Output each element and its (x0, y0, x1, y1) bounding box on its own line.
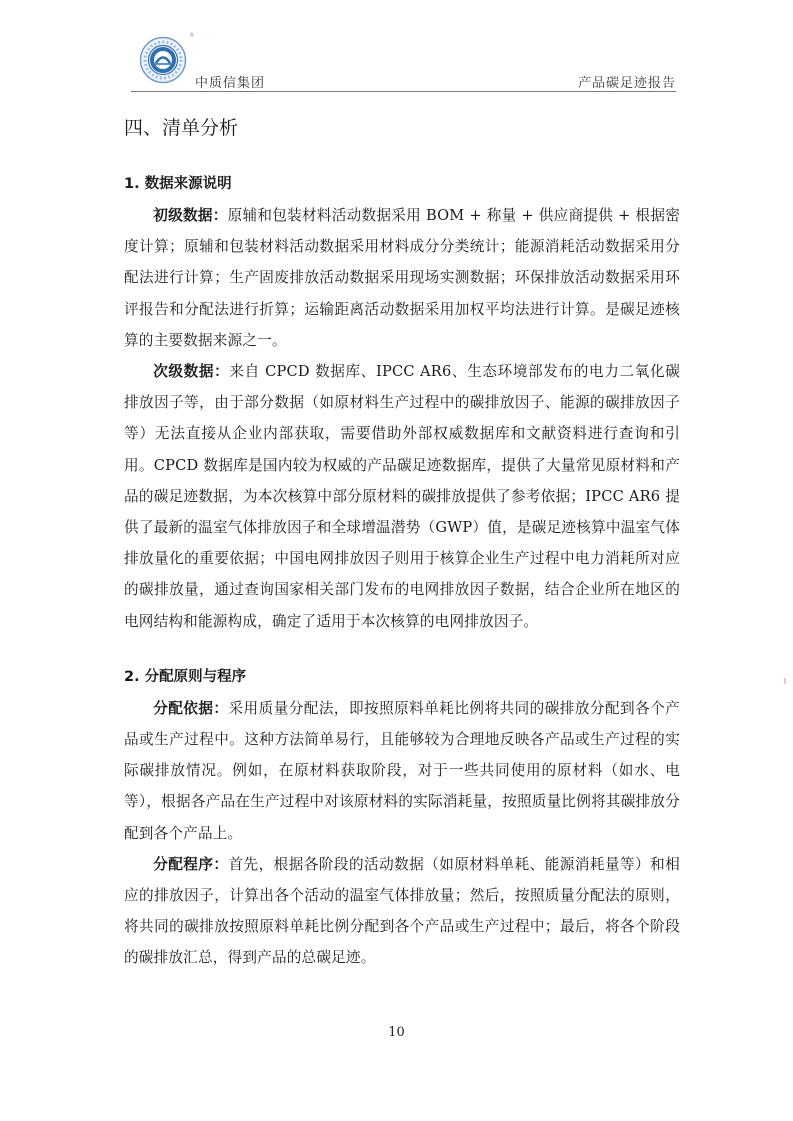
paragraph-lead: 分配依据： (153, 700, 228, 717)
paragraph-secondary-data: 次级数据：来自 CPCD 数据库、IPCC AR6、生态环境部发布的电力二氧化碳… (124, 356, 680, 637)
paragraph-allocation-basis: 分配依据：采用质量分配法，即按照原料单耗比例将共同的碳排放分配到各个产品或生产过… (124, 693, 680, 849)
paragraph-lead: 初级数据： (153, 207, 227, 224)
section-title-data-sources: 1. 数据来源说明 (124, 168, 680, 200)
paragraph-primary-data: 初级数据：原辅和包装材料活动数据采用 BOM + 称量 + 供应商提供 + 根据… (124, 200, 680, 356)
paragraph-text: 来自 CPCD 数据库、IPCC AR6、生态环境部发布的电力二氧化碳排放因子等… (124, 363, 680, 630)
scan-mark (784, 678, 786, 684)
organization-name: 中质信集团 (195, 72, 265, 91)
paragraph-text: 原辅和包装材料活动数据采用 BOM + 称量 + 供应商提供 + 根据密度计算；… (124, 207, 680, 349)
page-body: 四、清单分析 1. 数据来源说明 初级数据：原辅和包装材料活动数据采用 BOM … (124, 108, 680, 974)
chapter-title: 四、清单分析 (124, 108, 680, 148)
header-divider (131, 91, 676, 92)
page-header: ® 中质信集团 产品碳足迹报告 (131, 28, 676, 92)
company-logo-icon (139, 36, 187, 84)
registered-mark: ® (189, 32, 195, 39)
paragraph-lead: 次级数据： (153, 363, 229, 380)
paragraph-text: 采用质量分配法，即按照原料单耗比例将共同的碳排放分配到各个产品或生产过程中。这种… (124, 700, 680, 842)
report-title: 产品碳足迹报告 (578, 72, 676, 91)
page-number: 10 (0, 1025, 793, 1040)
section-title-allocation: 2. 分配原则与程序 (124, 661, 680, 693)
paragraph-allocation-procedure: 分配程序：首先，根据各阶段的活动数据（如原材料单耗、能源消耗量等）和相应的排放因… (124, 849, 680, 974)
paragraph-lead: 分配程序： (153, 856, 228, 873)
